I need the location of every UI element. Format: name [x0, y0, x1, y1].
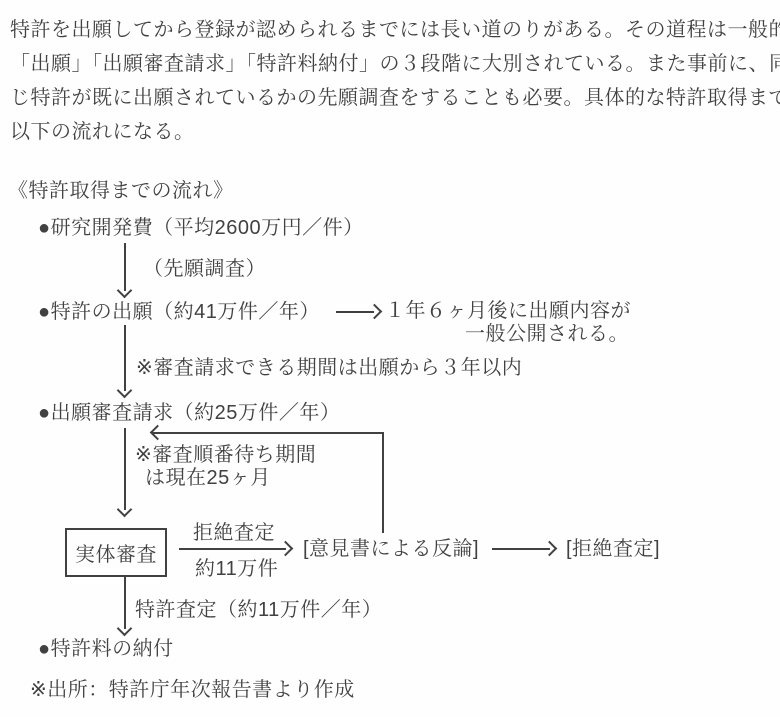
- intro-line-2: 「出願」「出願審査請求」「特許料納付」の３段階に大別されている。また事前に、同: [10, 52, 780, 76]
- feedback-loop-horizontal-line: [152, 432, 384, 434]
- waiting-note-line-2: は現在25ヶ月: [145, 466, 271, 490]
- intro-line-4: 以下の流れになる。: [10, 120, 195, 144]
- substantive-exam-box: 実体審査: [65, 528, 167, 577]
- flow-heading: 《特許取得までの流れ》: [8, 179, 234, 203]
- arrowhead-down-icon: [117, 383, 133, 399]
- connector-exam-to-opinion-line: [179, 548, 286, 550]
- rejection-count: 約11万件: [195, 557, 278, 581]
- final-rejection-node: [拒絶査定]: [566, 537, 660, 561]
- request-period-note: ※審査請求できる期間は出願から３年以内: [136, 356, 522, 380]
- opinion-node: [意見書による反論]: [303, 537, 479, 561]
- intro-line-1: 特許を出願してから登録が認められるまでには長い道のりがある。その道程は一般的に: [10, 18, 780, 42]
- prior-search-label: （先願調査）: [143, 257, 266, 281]
- publication-note-line-1: １年６ヶ月後に出願内容が: [385, 299, 631, 323]
- grant-label: 特許査定（約11万件／年）: [135, 598, 382, 622]
- arrowhead-right-icon: [542, 541, 558, 557]
- arrowhead-right-icon: [367, 304, 383, 320]
- step-rd-cost: ●研究開発費（平均2600万円／件）: [38, 216, 364, 240]
- arrowhead-down-icon: [117, 502, 133, 518]
- waiting-note-line-1: ※審査順番待ち期間: [135, 443, 316, 467]
- step-fee-payment: ●特許料の納付: [38, 637, 174, 661]
- connector-application-to-request-line: [124, 325, 126, 391]
- source-note: ※出所：特許庁年次報告書より作成: [30, 678, 355, 702]
- connector-request-to-exam-line: [124, 428, 126, 510]
- feedback-loop-vertical-line: [382, 432, 384, 533]
- step-application: ●特許の出願（約41万件／年）: [38, 300, 320, 324]
- step-exam-request: ●出願審査請求（約25万件／年）: [38, 401, 340, 425]
- publication-note-line-2: 一般公開される。: [465, 322, 629, 346]
- rejection-label: 拒絶査定: [193, 521, 275, 545]
- document-page: 特許を出願してから登録が認められるまでには長い道のりがある。その道程は一般的に …: [0, 0, 780, 717]
- arrowhead-down-icon: [117, 621, 133, 637]
- arrowhead-left-icon: [150, 425, 166, 441]
- arrowhead-right-icon: [278, 541, 294, 557]
- substantive-exam-label: 実体審査: [75, 538, 157, 567]
- intro-line-3: じ特許が既に出願されているかの先願調査をすることも必要。具体的な特許取得までは: [10, 86, 780, 110]
- arrowhead-down-icon: [117, 283, 133, 299]
